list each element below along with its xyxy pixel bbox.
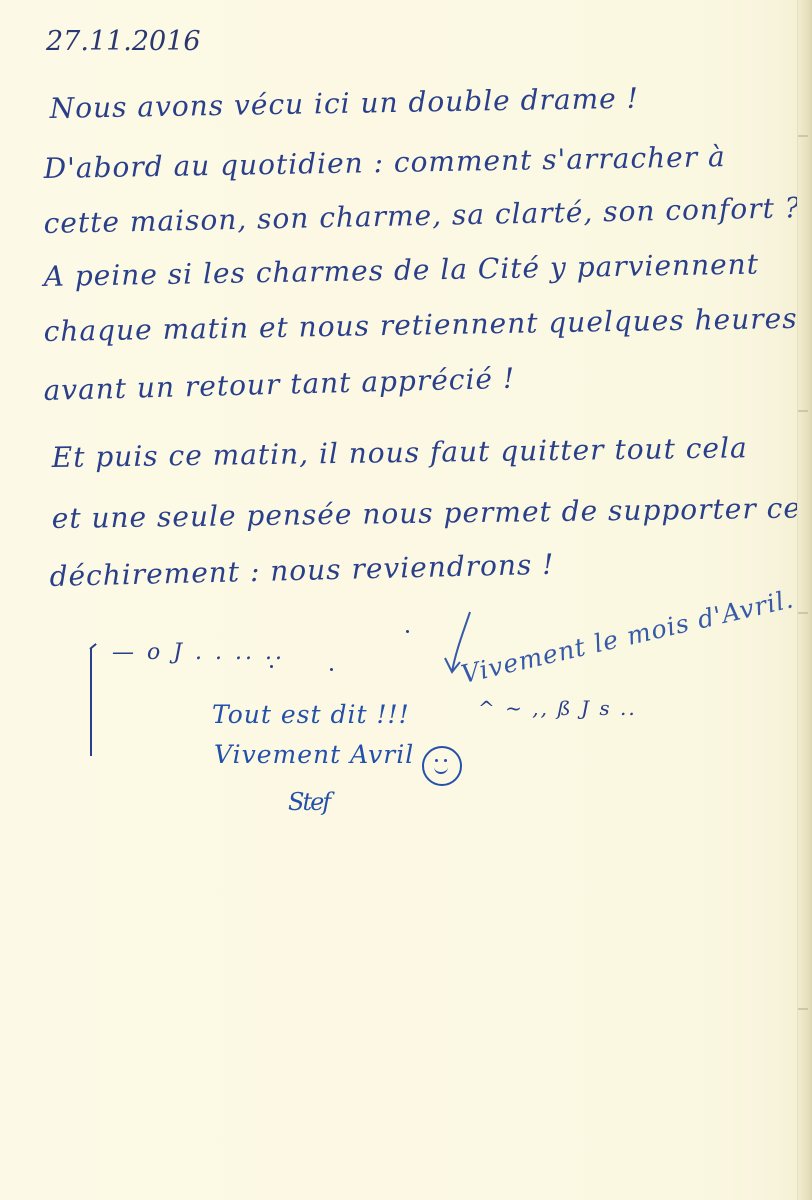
body-line-7: Et puis ce matin, il nous faut quitter t… xyxy=(52,431,748,474)
ink-dot xyxy=(270,665,273,668)
body-line-4: A peine si les charmes de la Cité y parv… xyxy=(43,248,759,293)
ink-dot xyxy=(330,668,333,671)
signature: Stef xyxy=(288,788,329,816)
second-hand-line-1: Tout est dit !!! xyxy=(212,700,410,729)
body-line-6: avant un retour tant apprécié ! xyxy=(43,362,515,407)
guestbook-page: 27.11.2016 Nous avons vécu ici un double… xyxy=(0,0,812,1200)
scribble-left: — o J . . .. .. xyxy=(112,640,285,665)
body-line-5: chaque matin et nous retiennent quelques… xyxy=(43,302,797,348)
scribble-right: ^ ~ ,, ß J s .. xyxy=(478,696,637,720)
page-gutter xyxy=(797,0,812,1200)
body-line-3: cette maison, son charme, sa clarté, son… xyxy=(43,191,801,240)
bracket-mark xyxy=(90,648,92,756)
entry-date: 27.11.2016 xyxy=(46,26,201,57)
body-line-1: Nous avons vécu ici un double drame ! xyxy=(49,82,639,125)
aside-note: Vivement le mois d'Avril. xyxy=(458,584,796,689)
body-line-2: D'abord au quotidien : comment s'arrache… xyxy=(43,140,726,185)
smiley-icon xyxy=(422,746,462,786)
body-line-8: et une seule pensée nous permet de suppo… xyxy=(52,492,802,535)
ink-dot xyxy=(406,630,409,633)
body-line-9: déchirement : nous reviendrons ! xyxy=(49,548,555,593)
second-hand-line-2: Vivement Avril xyxy=(214,740,414,769)
